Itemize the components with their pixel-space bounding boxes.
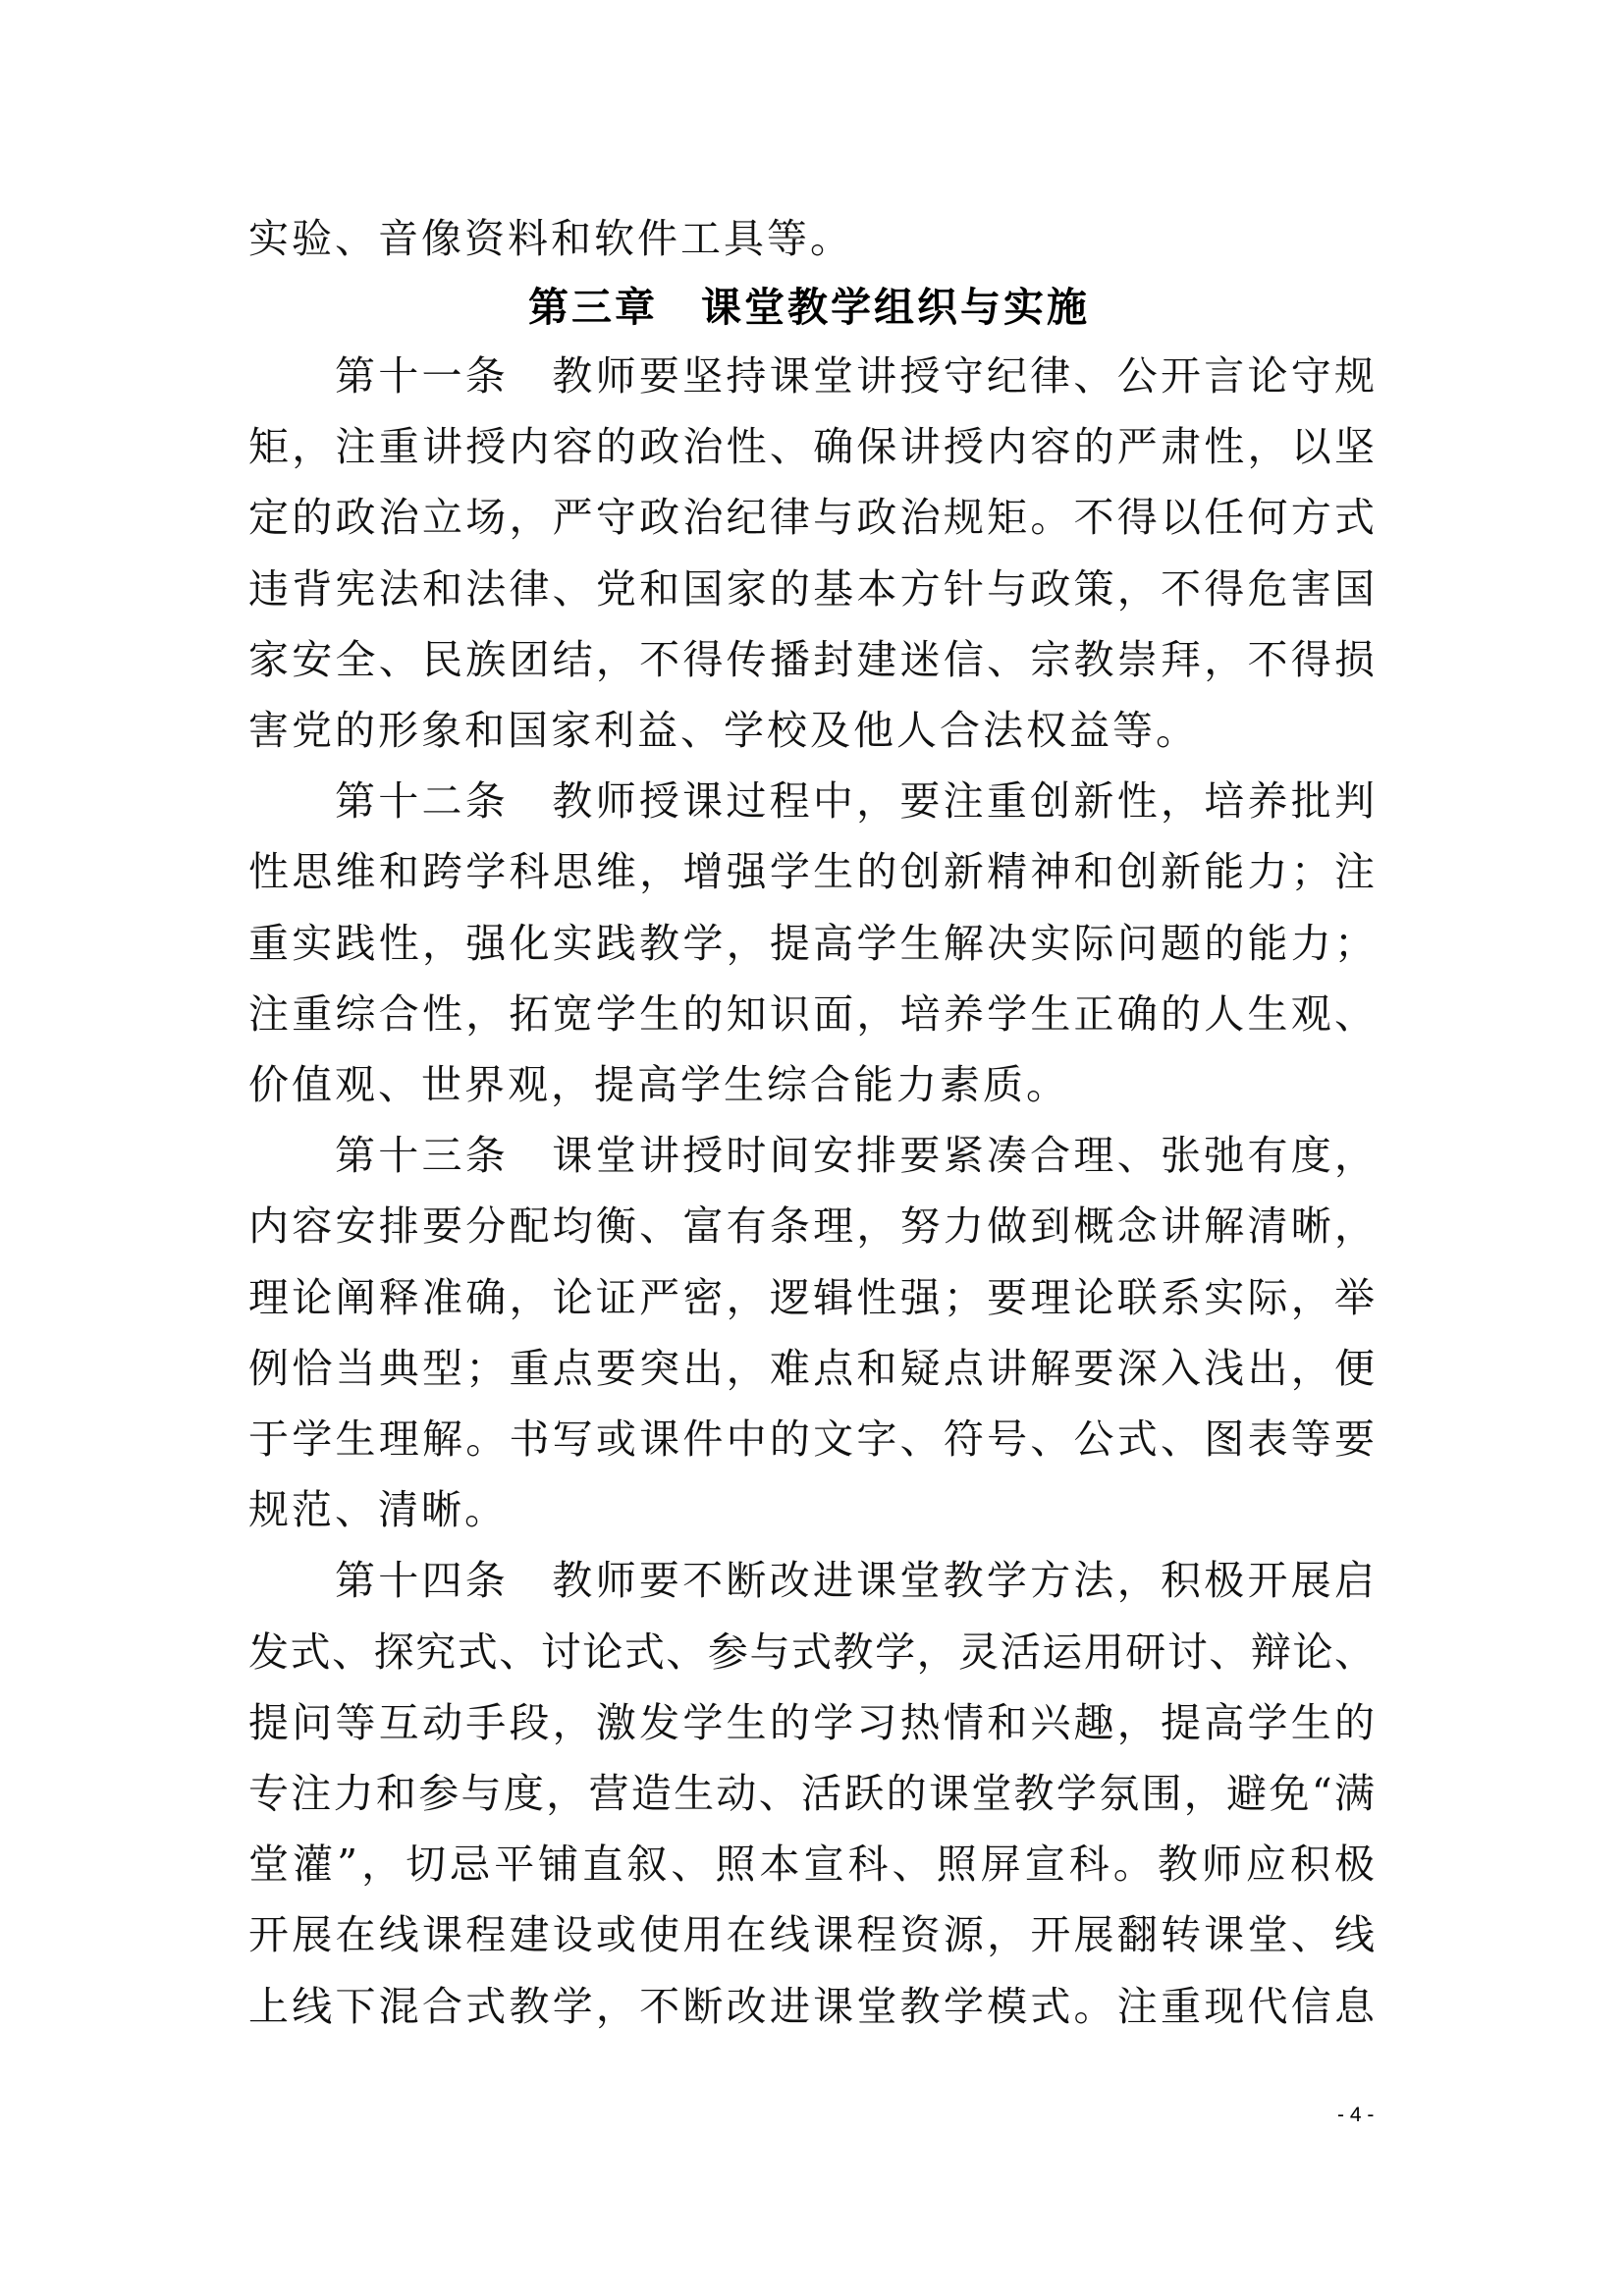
article-12-line: 注重综合性，拓宽学生的知识面，培养学生正确的人生观、 xyxy=(248,979,1375,1049)
article-13-line: 第十三条 课堂讲授时间安排要紧凑合理、张弛有度， xyxy=(335,1120,1375,1191)
article-13-line: 例恰当典型；重点要突出，难点和疑点讲解要深入浅出，便 xyxy=(248,1333,1375,1404)
article-11-line: 定的政治立场，严守政治纪律与政治规矩。不得以任何方式 xyxy=(248,482,1375,553)
article-14-line: 发式、探究式、讨论式、参与式教学，灵活运用研讨、辩论、 xyxy=(248,1617,1375,1687)
article-13-line: 理论阐释准确，论证严密，逻辑性强；要理论联系实际，举 xyxy=(248,1262,1375,1333)
article-11-line: 矩，注重讲授内容的政治性、确保讲授内容的严肃性，以坚 xyxy=(248,411,1375,482)
article-14-line: 提问等互动手段，激发学生的学习热情和兴趣，提高学生的 xyxy=(248,1687,1375,1758)
article-11-line: 家安全、民族团结，不得传播封建迷信、宗教崇拜，不得损 xyxy=(248,624,1375,695)
article-11-line: 害党的形象和国家利益、学校及他人合法权益等。 xyxy=(248,695,1375,766)
article-13-line: 规范、清晰。 xyxy=(248,1474,1375,1545)
article-11-line: 违背宪法和法律、党和国家的基本方针与政策，不得危害国 xyxy=(248,554,1375,624)
article-14-line: 堂灌”，切忌平铺直叙、照本宣科、照屏宣科。教师应积极 xyxy=(248,1829,1375,1899)
article-13-line: 于学生理解。书写或课件中的文字、符号、公式、图表等要 xyxy=(248,1404,1375,1474)
document-page: 实验、音像资料和软件工具等。 第三章 课堂教学组织与实施 第十一条 教师要坚持课… xyxy=(0,0,1624,2296)
article-12-line: 重实践性，强化实践教学，提高学生解决实际问题的能力； xyxy=(248,908,1375,979)
article-11-line: 第十一条 教师要坚持课堂讲授守纪律、公开言论守规 xyxy=(335,341,1375,411)
article-14-line: 第十四条 教师要不断改进课堂教学方法，积极开展启 xyxy=(335,1545,1375,1616)
article-14-line: 开展在线课程建设或使用在线课程资源，开展翻转课堂、线 xyxy=(248,1899,1375,1970)
page-number: - 4 - xyxy=(1337,2101,1374,2130)
lead-line: 实验、音像资料和软件工具等。 xyxy=(248,203,1375,274)
article-12-line: 性思维和跨学科思维，增强学生的创新精神和创新能力；注 xyxy=(248,836,1375,907)
article-12-line: 第十二条 教师授课过程中，要注重创新性，培养批判 xyxy=(335,766,1375,836)
article-12-line: 价值观、世界观，提高学生综合能力素质。 xyxy=(248,1049,1375,1120)
article-14-line: 上线下混合式教学，不断改进课堂教学模式。注重现代信息 xyxy=(248,1971,1375,2042)
article-14-line: 专注力和参与度，营造生动、活跃的课堂教学氛围，避免“满 xyxy=(248,1758,1375,1829)
article-13-line: 内容安排要分配均衡、富有条理，努力做到概念讲解清晰， xyxy=(248,1191,1375,1261)
chapter-heading: 第三章 课堂教学组织与实施 xyxy=(528,272,1090,343)
